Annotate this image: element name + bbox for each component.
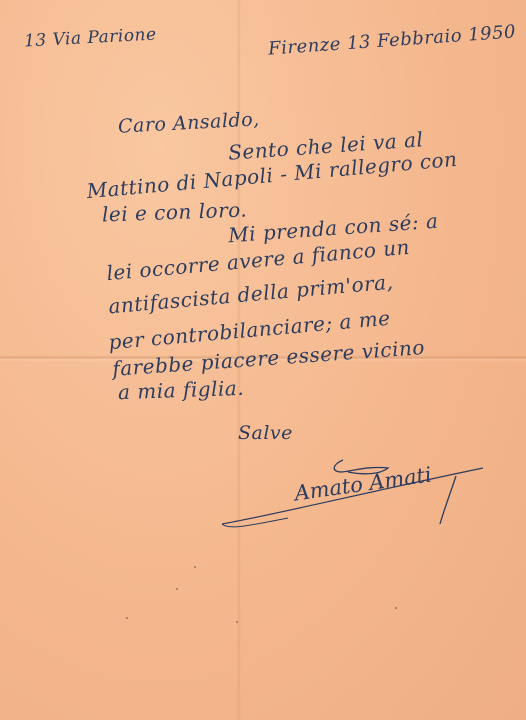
- paper-speck: [236, 621, 238, 623]
- paper-speck: [176, 588, 178, 590]
- body-line: lei e con loro.: [102, 197, 248, 226]
- signature-flourish-icon: [218, 454, 498, 544]
- body-line: a mia figlia.: [118, 376, 245, 404]
- signature: Amato Amati: [218, 454, 498, 544]
- paper-speck: [194, 566, 196, 568]
- paper-speck: [395, 607, 397, 609]
- closing: Salve: [238, 422, 293, 444]
- paper-speck: [126, 617, 128, 619]
- paper-speck: [300, 490, 302, 492]
